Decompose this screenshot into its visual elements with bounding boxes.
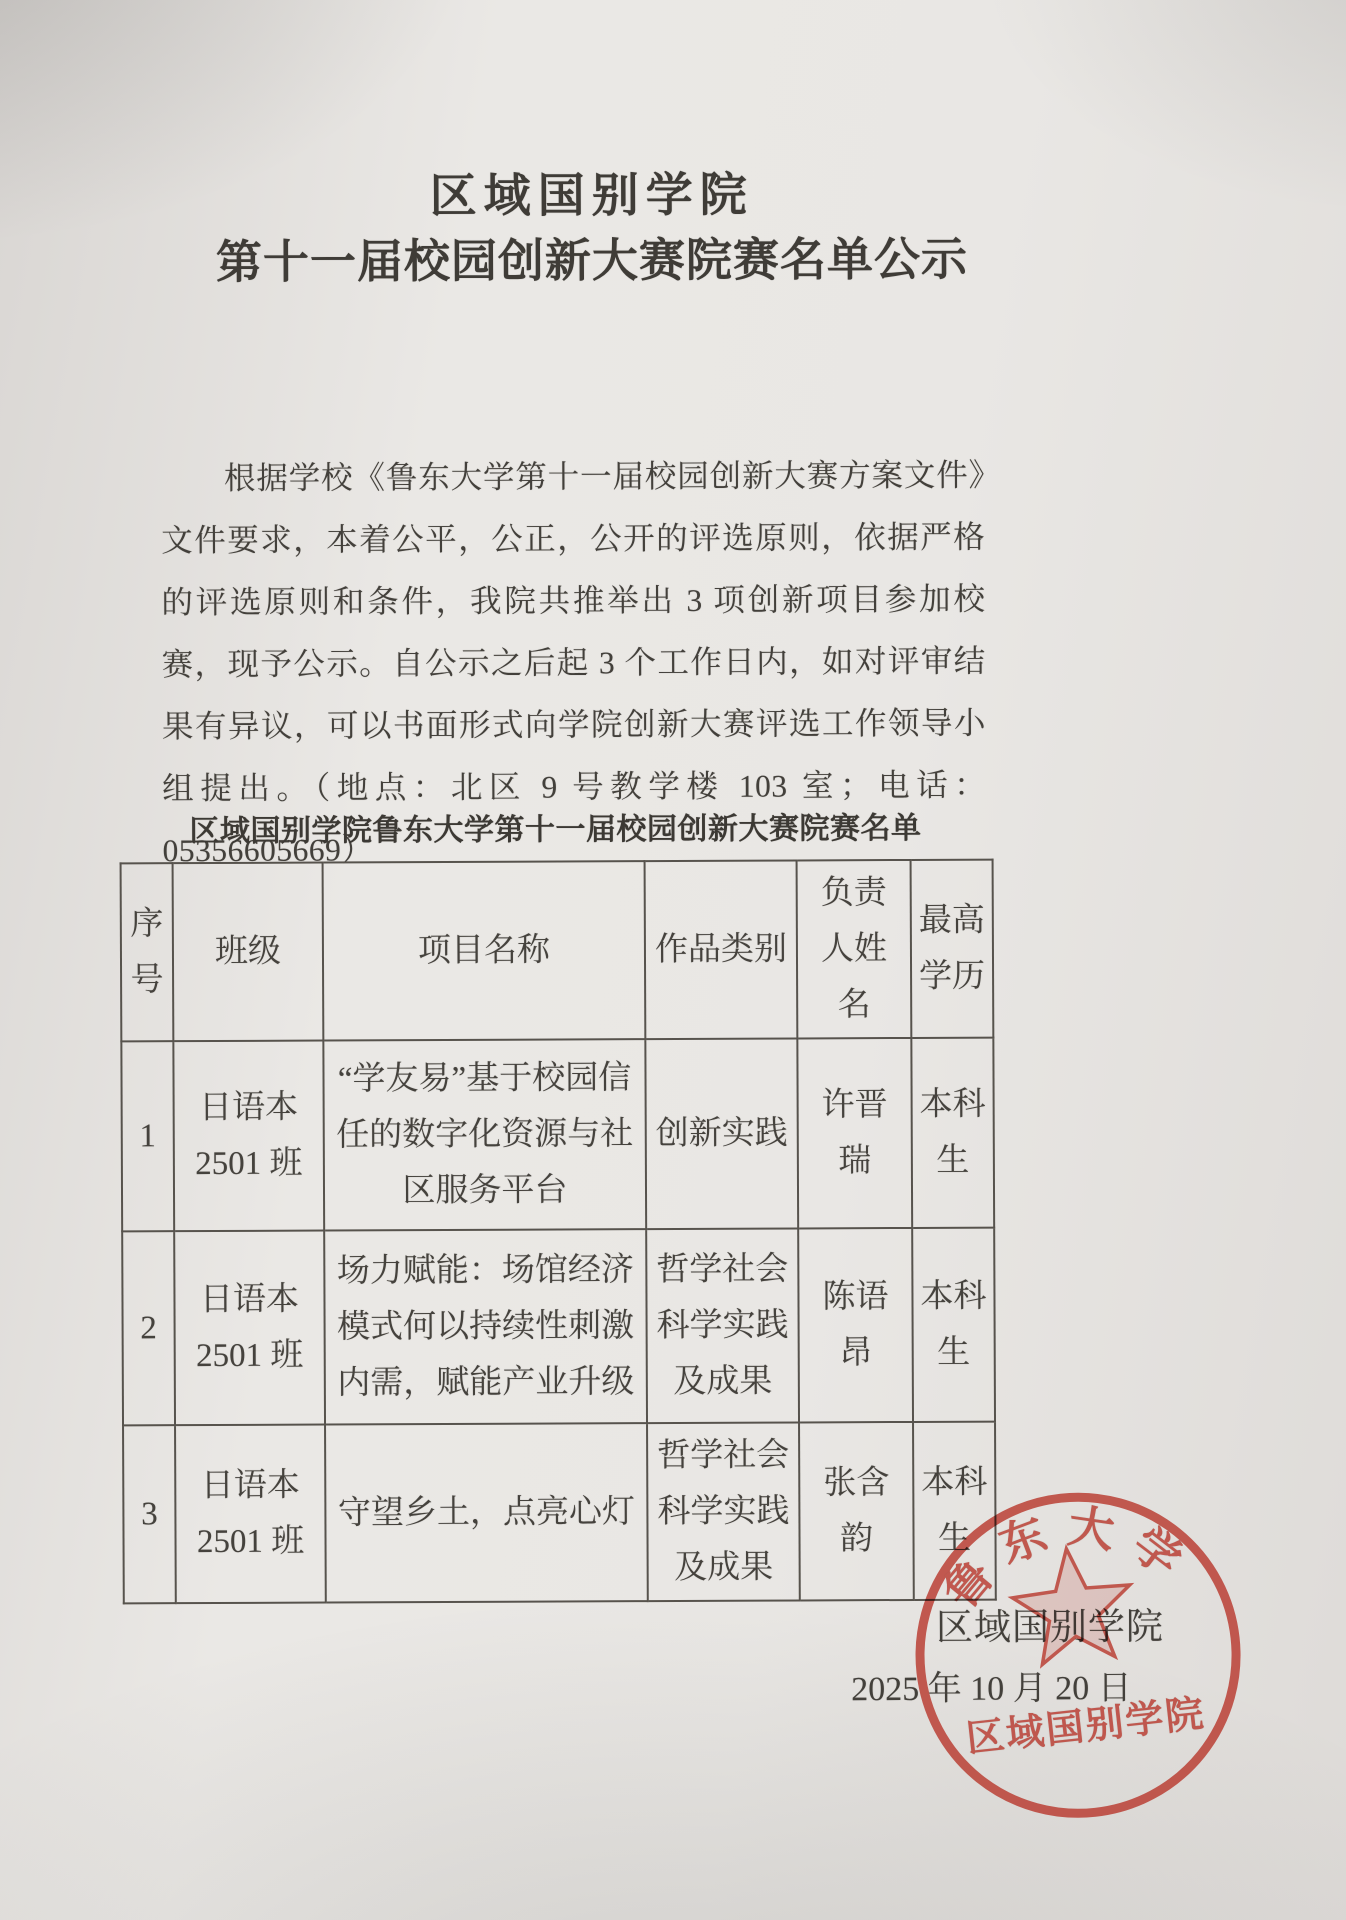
col-header-project: 项目名称 [323, 861, 646, 1040]
document-page: 区域国别学院 第十一届校园创新大赛院赛名单公示 根据学校《鲁东大学第十一届校园创… [0, 0, 1346, 1920]
seal-graphic: 鲁东大学 区域国别学院 [891, 1468, 1266, 1843]
doc-title-line2: 第十一届校园创新大赛院赛名单公示 [147, 222, 1037, 292]
col-header-category: 作品类别 [645, 860, 798, 1039]
cell-category: 创新实践 [645, 1038, 798, 1229]
photo-background: 区域国别学院 第十一届校园创新大赛院赛名单公示 根据学校《鲁东大学第十一届校园创… [0, 0, 1346, 1920]
table-row: 1 日语本 2501 班 “学友易”基于校园信任的数字化资源与社区服务平台 创新… [121, 1038, 994, 1232]
cell-leader: 陈语昂 [798, 1228, 913, 1422]
cell-degree: 本科生 [912, 1228, 995, 1422]
col-header-degree: 最高学历 [911, 860, 994, 1038]
cell-category: 哲学社会科学实践及成果 [647, 1422, 800, 1601]
doc-title-line1: 区域国别学院 [147, 156, 1037, 227]
cell-project: 守望乡土，点亮心灯 [325, 1423, 648, 1602]
table-header-row: 序号 班级 项目名称 作品类别 负责人姓名 最高学历 [121, 860, 994, 1042]
cell-no: 1 [121, 1041, 174, 1231]
cell-degree: 本科生 [911, 1038, 994, 1228]
table-row: 2 日语本 2501 班 场力赋能：场馆经济模式何以持续性刺激内需，赋能产业升级… [122, 1228, 995, 1426]
table-row: 3 日语本 2501 班 守望乡土，点亮心灯 哲学社会科学实践及成果 张含韵 本… [123, 1422, 996, 1604]
roster-table: 序号 班级 项目名称 作品类别 负责人姓名 最高学历 1 日语本 2501 班 … [120, 859, 997, 1605]
cell-leader: 许晋瑞 [797, 1038, 912, 1228]
cell-class: 日语本 2501 班 [173, 1041, 324, 1232]
cell-class: 日语本 2501 班 [174, 1231, 325, 1426]
col-header-leader: 负责人姓名 [797, 860, 912, 1038]
col-header-class: 班级 [173, 863, 324, 1042]
col-header-no: 序号 [121, 863, 174, 1041]
cell-no: 3 [123, 1425, 176, 1603]
official-seal-stamp: 鲁东大学 区域国别学院 [891, 1468, 1266, 1843]
cell-category: 哲学社会科学实践及成果 [646, 1228, 799, 1423]
cell-project: 场力赋能：场馆经济模式何以持续性刺激内需，赋能产业升级 [324, 1229, 647, 1424]
cell-class: 日语本 2501 班 [175, 1425, 326, 1604]
cell-project: “学友易”基于校园信任的数字化资源与社区服务平台 [323, 1039, 646, 1230]
cell-no: 2 [122, 1231, 175, 1425]
seal-line-text: 区域国别学院 [964, 1693, 1207, 1761]
table-caption: 区域国别学院鲁东大学第十一届校园创新大赛院赛名单 [119, 803, 991, 851]
